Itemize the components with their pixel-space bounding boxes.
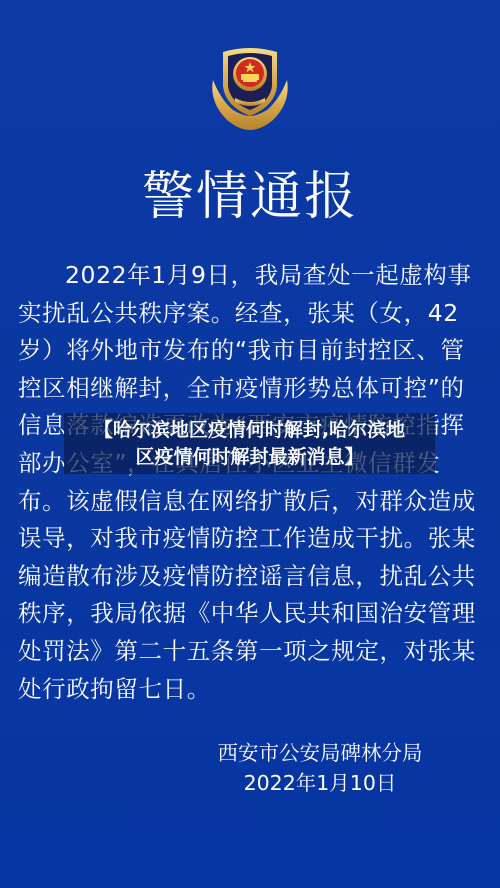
body-line: 秩序，我局依据《中华人民共和国治安管理	[18, 595, 484, 633]
body-line: 误导，对我市疫情防控工作造成干扰。张某	[18, 520, 484, 558]
body-line: 布。该虚假信息在网络扩散后，对群众造成	[18, 483, 484, 521]
issuer-name: 西安市公安局碑林分局	[200, 738, 440, 768]
overlay-line-1: 【哈尔滨地区疫情何时解封,哈尔滨地	[64, 417, 435, 444]
notice-title: 警情通报	[0, 165, 500, 229]
notice-body: 2022年1月9日，我局查处一起虚构事 实扰乱公共秩序案。经查，张某（女，42 …	[18, 257, 484, 708]
body-line: 控区相继解封，全市疫情形势总体可控”的	[18, 370, 484, 408]
overlay-line-2: 区疫情何时解封最新消息】	[64, 444, 435, 471]
issue-date: 2022年1月10日	[200, 768, 440, 798]
headline-overlay-caption: 【哈尔滨地区疫情何时解封,哈尔滨地 区疫情何时解封最新消息】	[64, 413, 435, 474]
body-line: 处行政拘留七日。	[18, 671, 484, 709]
body-line: 实扰乱公共秩序案。经查，张某（女，42	[18, 295, 484, 333]
body-line: 岁）将外地市发布的“我市目前封控区、管	[18, 332, 484, 370]
body-line: 编造散布涉及疫情防控谣言信息，扰乱公共	[18, 558, 484, 596]
body-line: 处罚法》第二十五条第一项之规定，对张某	[18, 633, 484, 671]
body-line: 2022年1月9日，我局查处一起虚构事	[18, 257, 484, 295]
notice-signature: 西安市公安局碑林分局 2022年1月10日	[200, 738, 440, 798]
police-badge-icon	[205, 40, 295, 132]
